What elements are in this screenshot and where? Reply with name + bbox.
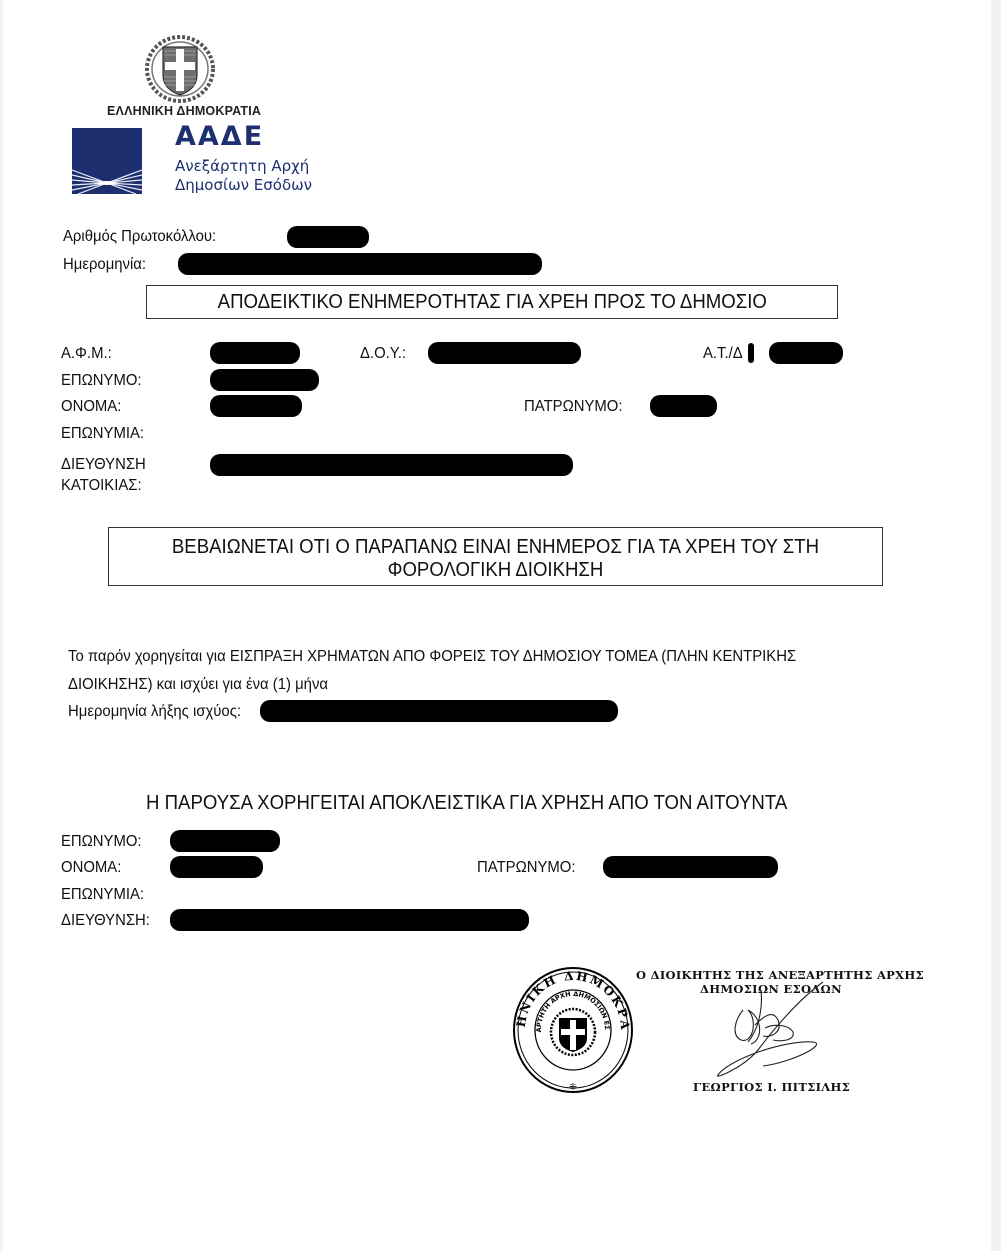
- official-seal-icon: ΕΛΛΗΝΙΚΗ ΔΗΜΟΚΡΑΤΙΑ ΑΝΕΞΑΡΤΗΤΗ ΑΡΧΗ ΔΗΜΟ…: [511, 966, 635, 1094]
- address-label-line2: ΚΑΤΟΙΚΙΑΣ:: [61, 477, 142, 495]
- svg-text:⁜: ⁜: [569, 1082, 577, 1093]
- signatory-name: ΓΕΩΡΓΙΟΣ Ι. ΠΙΤΣΙΛΗΣ: [693, 1080, 850, 1094]
- handwritten-signature-icon: [703, 980, 853, 1085]
- certification-line2: ΦΟΡΟΛΟΓΙΚΗ ΔΙΟΙΚΗΣΗ: [136, 559, 855, 582]
- aade-acronym: ΑΑΔΕ: [175, 121, 264, 152]
- name-label: ΟΝΟΜΑ:: [61, 398, 121, 416]
- applicant-name-value-redacted: [170, 856, 263, 878]
- applicant-father-name-label: ΠΑΤΡΩΝΥΜΟ:: [477, 859, 575, 877]
- aade-name-line2: Δημοσίων Εσόδων: [175, 176, 312, 195]
- father-name-value-redacted: [650, 395, 717, 417]
- date-value-redacted: [178, 253, 542, 275]
- doy-label: Δ.Ο.Υ.:: [360, 345, 406, 363]
- father-name-label: ΠΑΤΡΩΝΥΜΟ:: [524, 398, 622, 416]
- applicant-name-label: ΟΝΟΜΑ:: [61, 859, 121, 877]
- aade-name-line1: Ανεξάρτητη Αρχή: [175, 157, 309, 176]
- surname-value-redacted: [210, 369, 319, 391]
- aade-logo-icon: [72, 128, 142, 194]
- applicant-address-label: ΔΙΕΥΘΥΝΣΗ:: [61, 912, 150, 930]
- applicant-heading: Η ΠΑΡΟΥΣΑ ΧΟΡΗΓΕΙΤΑΙ ΑΠΟΚΛΕΙΣΤΙΚΑ ΓΙΑ ΧΡ…: [146, 792, 787, 815]
- afm-value-redacted: [210, 342, 300, 364]
- expiry-value-redacted: [260, 700, 618, 722]
- certification-box: ΒΕΒΑΙΩΝΕΤΑΙ ΟΤΙ Ο ΠΑΡΑΠΑΝΩ ΕΙΝΑΙ ΕΝΗΜΕΡΟ…: [108, 527, 883, 586]
- address-value-redacted: [210, 454, 573, 476]
- applicant-company-name-label: ΕΠΩΝΥΜΙΑ:: [61, 886, 144, 904]
- address-label-line1: ΔΙΕΥΘΥΝΣΗ: [61, 456, 146, 474]
- document-title: ΑΠΟΔΕΙΚΤΙΚΟ ΕΝΗΜΕΡΟΤΗΤΑΣ ΓΙΑ ΧΡΕΗ ΠΡΟΣ Τ…: [217, 286, 766, 318]
- at-label-redaction-fragment: [748, 343, 754, 363]
- expiry-label: Ημερομηνία λήξης ισχύος:: [68, 703, 241, 721]
- protocol-label: Αριθμός Πρωτοκόλλου:: [63, 228, 216, 246]
- document-page: ΕΛΛΗΝΙΚΗ ΔΗΜΟΚΡΑΤΙΑ ΑΑΔΕ Ανεξάρτητη Αρχή…: [3, 0, 991, 1251]
- at-label: Α.Τ./Δ: [703, 345, 743, 363]
- certification-line1: ΒΕΒΑΙΩΝΕΤΑΙ ΟΤΙ Ο ΠΑΡΑΠΑΝΩ ΕΙΝΑΙ ΕΝΗΜΕΡΟ…: [136, 536, 855, 559]
- republic-label: ΕΛΛΗΝΙΚΗ ΔΗΜΟΚΡΑΤΙΑ: [107, 104, 261, 118]
- protocol-value-redacted: [287, 226, 369, 248]
- surname-label: ΕΠΩΝΥΜΟ:: [61, 372, 142, 390]
- doy-value-redacted: [428, 342, 581, 364]
- name-value-redacted: [210, 395, 302, 417]
- purpose-line2: ΔΙΟΙΚΗΣΗΣ) και ισχύει για ένα (1) μήνα: [68, 676, 328, 694]
- company-name-label: ΕΠΩΝΥΜΙΑ:: [61, 425, 144, 443]
- purpose-line1: Το παρόν χορηγείται για ΕΙΣΠΡΑΞΗ ΧΡΗΜΑΤΩ…: [68, 648, 796, 666]
- afm-label: Α.Φ.Μ.:: [61, 345, 112, 363]
- applicant-surname-label: ΕΠΩΝΥΜΟ:: [61, 833, 142, 851]
- applicant-surname-value-redacted: [170, 830, 280, 852]
- applicant-address-value-redacted: [170, 909, 529, 931]
- date-label: Ημερομηνία:: [63, 256, 146, 274]
- greek-coat-of-arms-icon: [143, 33, 217, 105]
- at-value-redacted: [769, 342, 843, 364]
- document-title-box: ΑΠΟΔΕΙΚΤΙΚΟ ΕΝΗΜΕΡΟΤΗΤΑΣ ΓΙΑ ΧΡΕΗ ΠΡΟΣ Τ…: [146, 285, 838, 319]
- applicant-father-name-value-redacted: [603, 856, 778, 878]
